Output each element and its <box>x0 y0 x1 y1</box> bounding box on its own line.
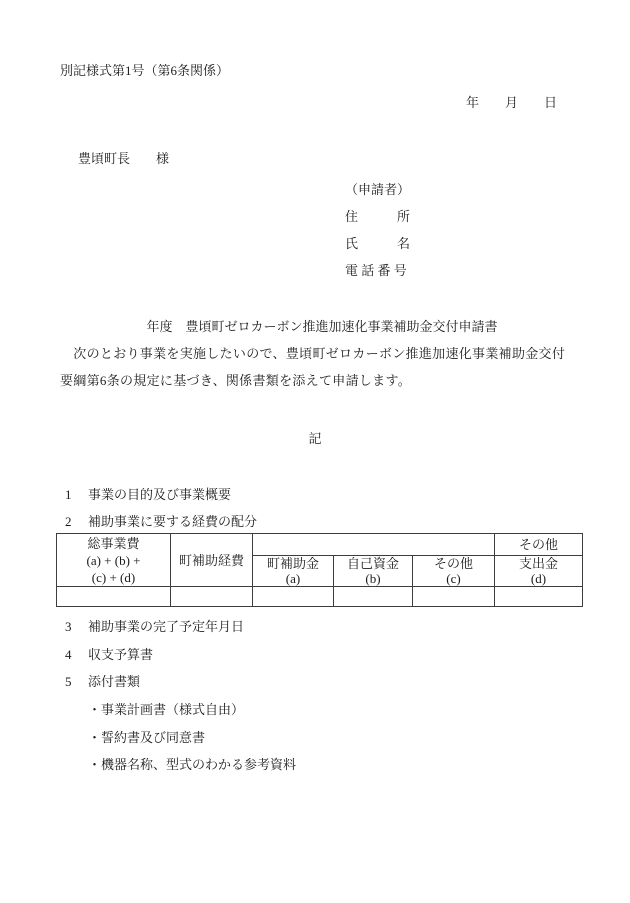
town-subsidy-expense-header-cell: 町補助経費 <box>171 534 253 587</box>
other-expense-header-bottom-cell: 支出金 (d) <box>495 556 583 587</box>
applicant-name-label: 氏 名 <box>345 237 410 251</box>
town-subsidy-header-cell: 町補助金 (a) <box>253 556 334 587</box>
total-cost-line-2: (a) + (b) + <box>57 552 170 569</box>
applicant-caption: （申請者） <box>345 183 410 197</box>
item-number: 5 <box>65 675 88 689</box>
total-cost-header-cell: 総事業費 (a) + (b) + (c) + (d) <box>57 534 171 587</box>
total-cost-value-cell <box>57 587 171 607</box>
addressee: 豊頃町長 様 <box>78 152 169 166</box>
item-number: 3 <box>65 620 88 634</box>
item-budget-statement: 4収支予算書 <box>65 648 153 662</box>
item-text: 事業の目的及び事業概要 <box>88 487 231 502</box>
record-heading: 記 <box>0 432 630 446</box>
document-title: 年度 豊頃町ゼロカーボン推進加速化事業補助金交付申請書 <box>0 320 630 334</box>
header-symbol: (a) <box>253 571 333 586</box>
body-paragraph-line-1: 次のとおり事業を実施したいので、豊頃町ゼロカーボン推進加速化事業補助金交付 <box>60 347 565 361</box>
item-completion-date: 3補助事業の完了予定年月日 <box>65 620 244 634</box>
item-number: 2 <box>65 515 88 529</box>
self-funds-header-cell: 自己資金 (b) <box>334 556 413 587</box>
item-text: 補助事業に要する経費の配分 <box>88 514 257 529</box>
attachment-pledge-consent: ・誓約書及び同意書 <box>88 731 205 745</box>
item-attached-documents: 5添付書類 <box>65 675 140 689</box>
breakdown-spacer-cell <box>253 534 495 556</box>
expense-allocation-table: 総事業費 (a) + (b) + (c) + (d) 町補助経費 その他 町補助… <box>56 533 583 607</box>
header-symbol: (b) <box>334 571 412 586</box>
other-funds-value-cell <box>413 587 495 607</box>
attachment-equipment-reference: ・機器名称、型式のわかる参考資料 <box>88 758 296 772</box>
applicant-address-label: 住 所 <box>345 210 410 224</box>
town-subsidy-value-cell <box>253 587 334 607</box>
header-line: 自己資金 <box>334 556 412 571</box>
header-symbol: (d) <box>495 571 582 586</box>
item-text: 補助事業の完了予定年月日 <box>88 619 244 634</box>
form-number: 別記様式第1号（第6条関係） <box>60 64 229 78</box>
item-number: 4 <box>65 648 88 662</box>
date-line: 年 月 日 <box>466 96 557 110</box>
item-expense-allocation: 2補助事業に要する経費の配分 <box>65 515 257 529</box>
item-text: 収支予算書 <box>88 647 153 662</box>
header-symbol: (c) <box>413 571 494 586</box>
other-funds-header-cell: その他 (c) <box>413 556 495 587</box>
body-paragraph-line-2: 要綱第6条の規定に基づき、関係書類を添えて申請します。 <box>60 374 411 388</box>
other-expense-value-cell <box>495 587 583 607</box>
total-cost-line-1: 総事業費 <box>57 535 170 552</box>
other-expense-header-top-cell: その他 <box>495 534 583 556</box>
total-cost-line-3: (c) + (d) <box>57 569 170 586</box>
header-line: その他 <box>413 556 494 571</box>
attachment-business-plan: ・事業計画書（様式自由） <box>88 703 244 717</box>
item-text: 添付書類 <box>88 674 140 689</box>
self-funds-value-cell <box>334 587 413 607</box>
town-subsidy-expense-value-cell <box>171 587 253 607</box>
applicant-phone-label: 電 話 番 号 <box>345 264 407 278</box>
header-line: 町補助金 <box>253 556 333 571</box>
item-number: 1 <box>65 488 88 502</box>
item-business-purpose: 1事業の目的及び事業概要 <box>65 488 231 502</box>
document-page: 別記様式第1号（第6条関係） 年 月 日 豊頃町長 様 （申請者） 住 所 氏 … <box>0 0 630 903</box>
header-line: 支出金 <box>495 556 582 571</box>
